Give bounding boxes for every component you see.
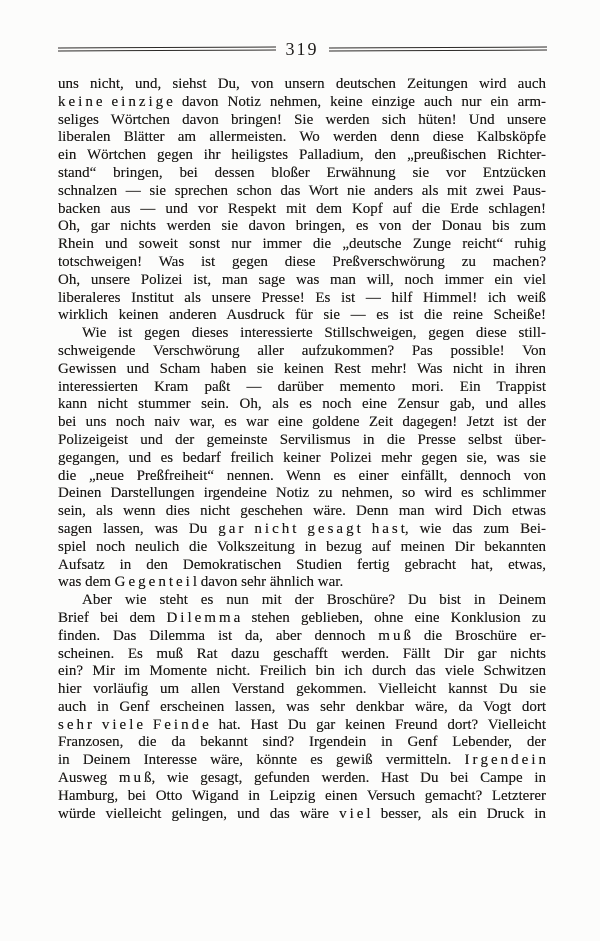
text-line: seliges Wörtchen davon bringen! Sie werd… <box>58 112 546 130</box>
text-line: liberaleres Institut als unsere Presse! … <box>58 290 546 308</box>
text-line: gegangen, und es bedarf freilich keiner … <box>58 450 546 468</box>
text-line: schweigende Verschwörung aller aufzukomm… <box>58 343 546 361</box>
text-line: uns nicht, und, siehst Du, von unsern de… <box>58 76 546 94</box>
text-line: spiel noch neulich die Volkszeitung in b… <box>58 539 546 557</box>
header-rule-right <box>328 47 546 52</box>
header-rule-left <box>58 47 276 52</box>
text-block: uns nicht, und, siehst Du, von unsern de… <box>58 76 546 823</box>
paragraph: uns nicht, und, siehst Du, von unsern de… <box>58 76 546 325</box>
text-line: Franzosen, die da bekannt sind? Irgendei… <box>58 734 546 752</box>
text-line: hier vorläufig um allen Verstand gekomme… <box>58 681 546 699</box>
text-line: Aufsatz in den Demokratischen Studien fe… <box>58 557 546 575</box>
page-header: 319 <box>58 40 546 58</box>
book-page: 319 uns nicht, und, siehst Du, von unser… <box>0 0 600 941</box>
text-line: schnalzen — sie sprechen schon das Wort … <box>58 183 546 201</box>
text-line: sagen lassen, was Du g a r n i c h t g e… <box>58 521 546 539</box>
text-line: bei uns noch naiv war, es war eine golde… <box>58 414 546 432</box>
text-line: finden. Das Dilemma ist da, aber dennoch… <box>58 628 546 646</box>
text-line: in Deinem Interesse wäre, könnte es gewi… <box>58 752 546 770</box>
text-line: Aber wie steht es nun mit der Broschüre?… <box>58 592 546 610</box>
text-line: was dem G e g e n t e i l davon sehr ähn… <box>58 574 546 592</box>
text-line: Gewissen und Scham haben sie keinen Rest… <box>58 361 546 379</box>
page-number: 319 <box>276 40 329 58</box>
text-line: auch in Genf erscheinen lassen, was sehr… <box>58 699 546 717</box>
text-line: Polizeigeist und der gemeinste Servilism… <box>58 432 546 450</box>
text-line: wirklich keinen anderen Ausdruck für sie… <box>58 307 546 325</box>
text-line: würde vielleicht gelingen, und das wäre … <box>58 806 546 824</box>
text-line: kann nicht stummer sein. Oh, als es noch… <box>58 396 546 414</box>
text-line: ein Wörtchen gegen ihr heiligstes Pallad… <box>58 147 546 165</box>
text-line: scheinen. Es muß Rat dazu geschafft werd… <box>58 646 546 664</box>
text-line: Brief bei dem D i l e m m a stehen gebli… <box>58 610 546 628</box>
paragraph: Wie ist gegen dieses interessierte Still… <box>58 325 546 592</box>
text-line: Deinen Darstellungen irgendeine Notiz zu… <box>58 485 546 503</box>
text-line: sein, als wenn dies nicht geschehen wäre… <box>58 503 546 521</box>
text-line: ein? Mir im Momente nicht. Freilich bin … <box>58 663 546 681</box>
text-line: Wie ist gegen dieses interessierte Still… <box>58 325 546 343</box>
text-line: Ausweg m u ß, wie gesagt, gefunden werde… <box>58 770 546 788</box>
text-line: interessierten Kram paßt — darüber memen… <box>58 379 546 397</box>
text-line: backen aus — und vor Respekt mit dem Kop… <box>58 201 546 219</box>
text-line: Rhein und soweit sonst nur immer die „de… <box>58 236 546 254</box>
text-line: k e i n e e i n z i g e davon Notiz nehm… <box>58 94 546 112</box>
text-line: stand“ bringen, bei dessen bloßer Erwähn… <box>58 165 546 183</box>
text-line: die „neue Preßfreiheit“ nennen. Wenn es … <box>58 468 546 486</box>
text-line: s e h r v i e l e F e i n d e hat. Hast … <box>58 717 546 735</box>
paragraph: Aber wie steht es nun mit der Broschüre?… <box>58 592 546 823</box>
text-line: Hamburg, bei Otto Wigand in Leipzig eine… <box>58 788 546 806</box>
text-line: Oh, gar nichts werden sie davon bringen,… <box>58 218 546 236</box>
text-line: totschweigen! Was ist gegen diese Preßve… <box>58 254 546 272</box>
text-line: Oh, unsere Polizei ist, man sage was man… <box>58 272 546 290</box>
text-line: liberalen Blätter am allermeisten. Wo we… <box>58 129 546 147</box>
